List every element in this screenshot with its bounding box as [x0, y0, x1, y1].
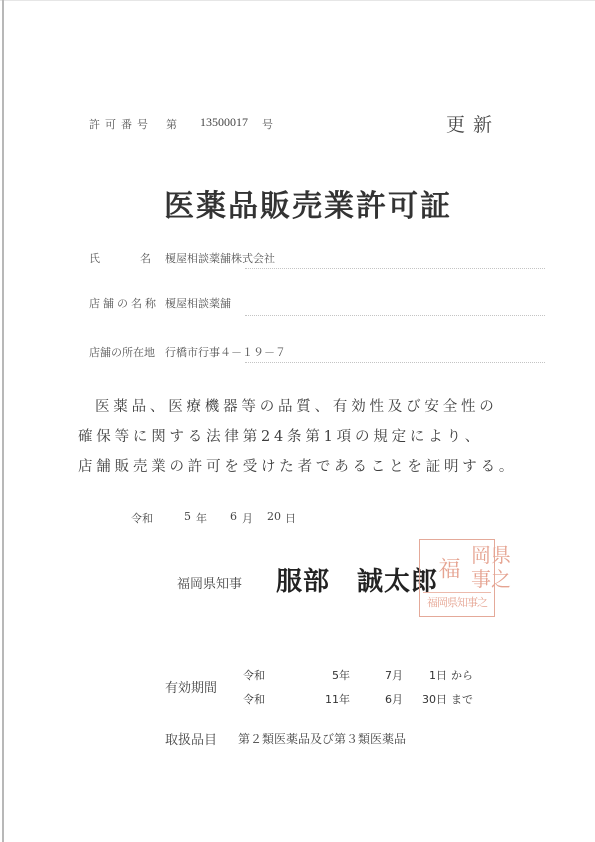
store-address-underline — [245, 362, 545, 363]
validity-end-day: 30日 — [417, 687, 451, 711]
name-value: 榎屋相談薬舗株式会社 — [165, 250, 275, 266]
store-name-value: 榎屋相談薬舗 — [165, 295, 231, 311]
validity-start-month: 7月 — [371, 663, 417, 687]
statement-line-3: 店舗販売業の許可を受けた者であることを証明する。 — [78, 452, 538, 482]
name-underline — [245, 268, 545, 269]
scan-left-edge — [2, 0, 4, 842]
permit-number-suffix: 号 — [262, 116, 273, 132]
issuer-title: 福岡県知事 — [177, 573, 242, 592]
validity-end-year: 11年 — [300, 687, 371, 711]
validity-start-row: 令和 5年 7月 1日 から — [243, 663, 491, 687]
seal-char-1: 福 — [423, 543, 471, 591]
validity-end-suffix: まで — [451, 687, 491, 711]
store-name-underline — [245, 315, 545, 316]
permit-number-label: 許可番号 — [89, 116, 153, 132]
renewal-status: 更新 — [446, 110, 500, 137]
handled-items-value: 第２類医薬品及び第３類医薬品 — [238, 730, 406, 747]
page-top-edge — [0, 0, 595, 1]
seal-char-3: 県 — [491, 543, 511, 567]
permit-number-prefix: 第 — [166, 116, 177, 132]
handled-items-label: 取扱品目 — [165, 729, 217, 748]
official-seal: 福 岡 県 事 之 福岡県知事之印 — [419, 539, 495, 617]
seal-char-2: 岡 — [471, 543, 491, 567]
seal-bottom-text: 福岡県知事之印 — [423, 592, 491, 613]
validity-table: 令和 5年 7月 1日 から 令和 11年 6月 30日 まで — [243, 663, 491, 711]
issue-date-era: 令和 — [131, 510, 153, 526]
issuer-name: 服部 誠太郎 — [276, 561, 438, 598]
store-address-label: 店舗の所在地 — [89, 344, 155, 360]
validity-end-era: 令和 — [243, 687, 300, 711]
issue-date-day-unit: 日 — [285, 510, 296, 526]
document-title: 医薬品販売業許可証 — [164, 181, 452, 225]
certification-statement: 医薬品、医療機器等の品質、有効性及び安全性の 確保等に関する法律第24条第1項の… — [78, 392, 538, 482]
issue-date-month-unit: 月 — [242, 510, 253, 526]
issue-date-year: 5 — [184, 510, 191, 523]
seal-char-5: 之 — [491, 567, 511, 591]
validity-start-suffix: から — [451, 663, 491, 687]
name-label-char-1: 氏 — [89, 250, 100, 266]
validity-start-era: 令和 — [243, 663, 300, 687]
validity-end-month: 6月 — [371, 687, 417, 711]
validity-start-day: 1日 — [417, 663, 451, 687]
seal-characters: 福 岡 県 事 之 — [423, 543, 491, 591]
issue-date-year-unit: 年 — [196, 510, 207, 526]
store-name-label: 店舗の名称 — [89, 295, 159, 311]
seal-char-4: 事 — [471, 567, 491, 591]
permit-number: 13500017 — [200, 115, 248, 130]
validity-start-year: 5年 — [300, 663, 371, 687]
validity-end-row: 令和 11年 6月 30日 まで — [243, 687, 491, 711]
name-label-char-2: 名 — [140, 250, 151, 266]
issue-date-month: 6 — [230, 510, 237, 523]
validity-label: 有効期間 — [165, 677, 217, 696]
name-label: 氏 名 — [89, 250, 151, 266]
store-address-value: 行橋市行事４－１９－７ — [165, 344, 286, 360]
statement-line-1: 医薬品、医療機器等の品質、有効性及び安全性の — [78, 392, 538, 422]
statement-line-2: 確保等に関する法律第24条第1項の規定により、 — [78, 422, 538, 452]
issue-date-day: 20 — [267, 510, 281, 523]
